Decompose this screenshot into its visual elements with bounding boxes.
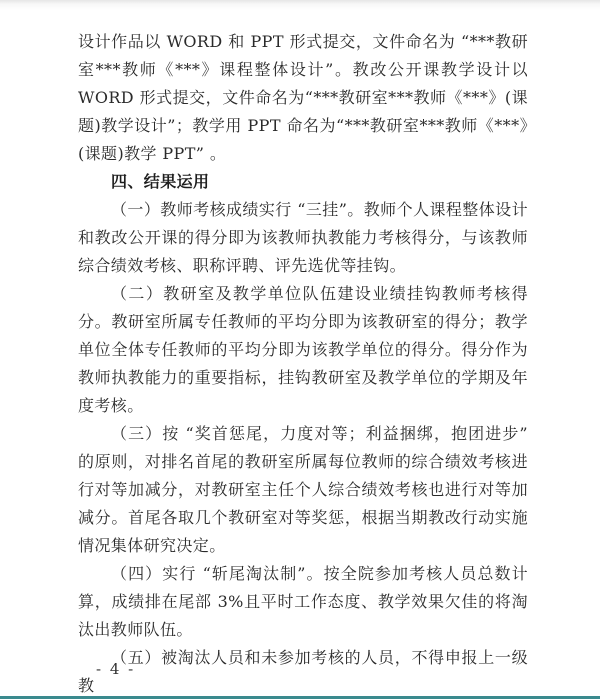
section-heading-results-application: 四、结果运用 — [78, 168, 528, 196]
paragraph-item-3: （三）按 “奖首惩尾，力度对等；利益捆绑，抱团进步” 的原则，对排名首尾的教研室… — [78, 420, 528, 560]
document-page: 设计作品以 WORD 和 PPT 形式提交，文件命名为 “***教研室***教师… — [0, 0, 600, 699]
paragraph-submission-format: 设计作品以 WORD 和 PPT 形式提交，文件命名为 “***教研室***教师… — [78, 28, 528, 168]
paragraph-item-5: （五）被淘汰人员和未参加考核的人员，不得申报上一级教 — [78, 644, 528, 699]
paragraph-item-4: （四）实行 “斩尾淘汰制”。按全院参加考核人员总数计算，成绩排在尾部 3%且平时… — [78, 560, 528, 644]
page-number: - 4 - — [96, 660, 135, 678]
document-body: 设计作品以 WORD 和 PPT 形式提交，文件命名为 “***教研室***教师… — [78, 28, 528, 699]
paragraph-item-2: （二）教研室及教学单位队伍建设业绩挂钩教师考核得分。教研室所属专任教师的平均分即… — [78, 280, 528, 420]
paragraph-item-1: （一）教师考核成绩实行 “三挂”。教师个人课程整体设计和教改公开课的得分即为该教… — [78, 196, 528, 280]
